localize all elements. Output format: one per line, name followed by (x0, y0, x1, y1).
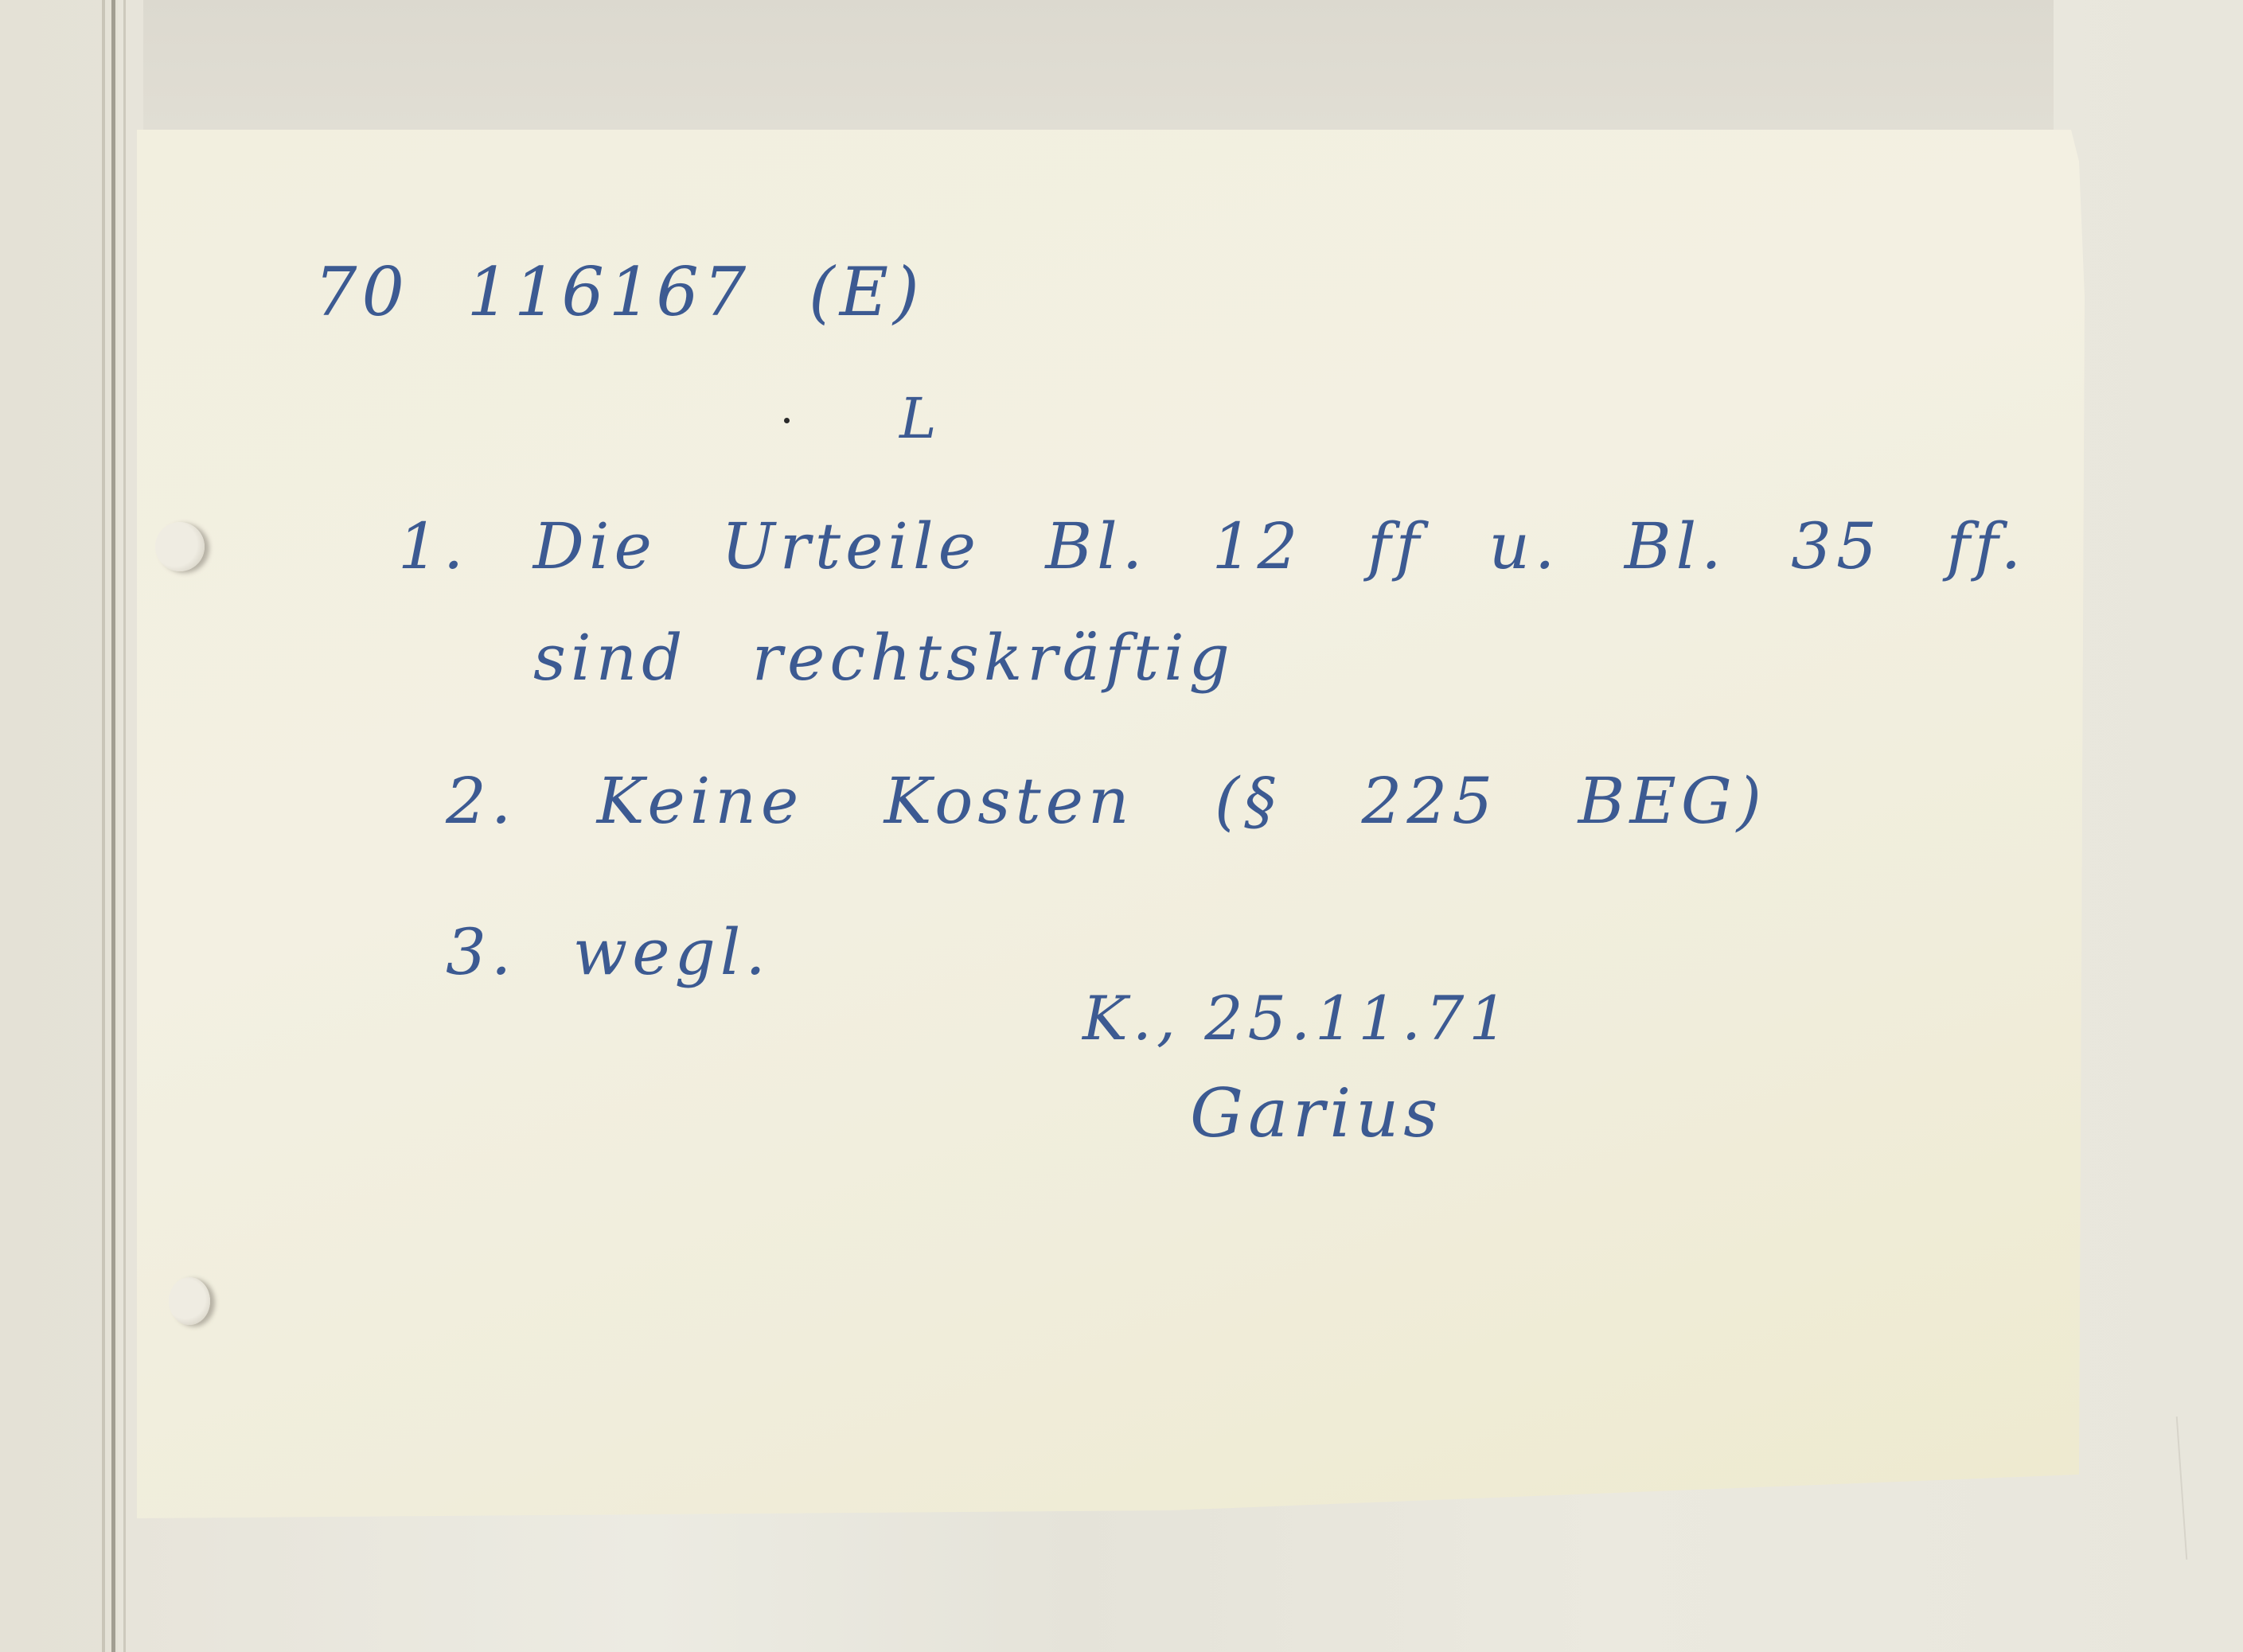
item-text: wegl. (573, 915, 770, 989)
binder-edge (123, 0, 126, 1652)
item-number: 2. (446, 764, 516, 838)
binder-edge (102, 0, 105, 1652)
date-line: K., 25.11.71 (1082, 983, 1512, 1054)
binder-edge (111, 0, 115, 1652)
signature: Garius (1190, 1074, 1442, 1152)
item-1-continuation: sind rechtskräftig (533, 621, 1235, 695)
ink-dot (784, 418, 790, 423)
item-text: Die Urteile Bl. 12 ff u. Bl. 35 ff. (533, 509, 2026, 583)
margin-mark: L (899, 386, 941, 451)
page-shadow (143, 0, 2054, 131)
item-2: 2. Keine Kosten (§ 225 BEG) (446, 764, 1766, 838)
item-number: 1. (398, 509, 468, 583)
item-text: Keine Kosten (§ 225 BEG) (597, 764, 1766, 838)
item-3: 3. wegl. (446, 915, 770, 989)
item-number: 3. (446, 915, 516, 989)
item-1: 1. Die Urteile Bl. 12 ff u. Bl. 35 ff. (398, 509, 2026, 583)
punch-hole-icon (155, 522, 205, 571)
punch-hole-icon (169, 1277, 210, 1325)
file-reference: 70 116167 (E) (314, 253, 924, 331)
